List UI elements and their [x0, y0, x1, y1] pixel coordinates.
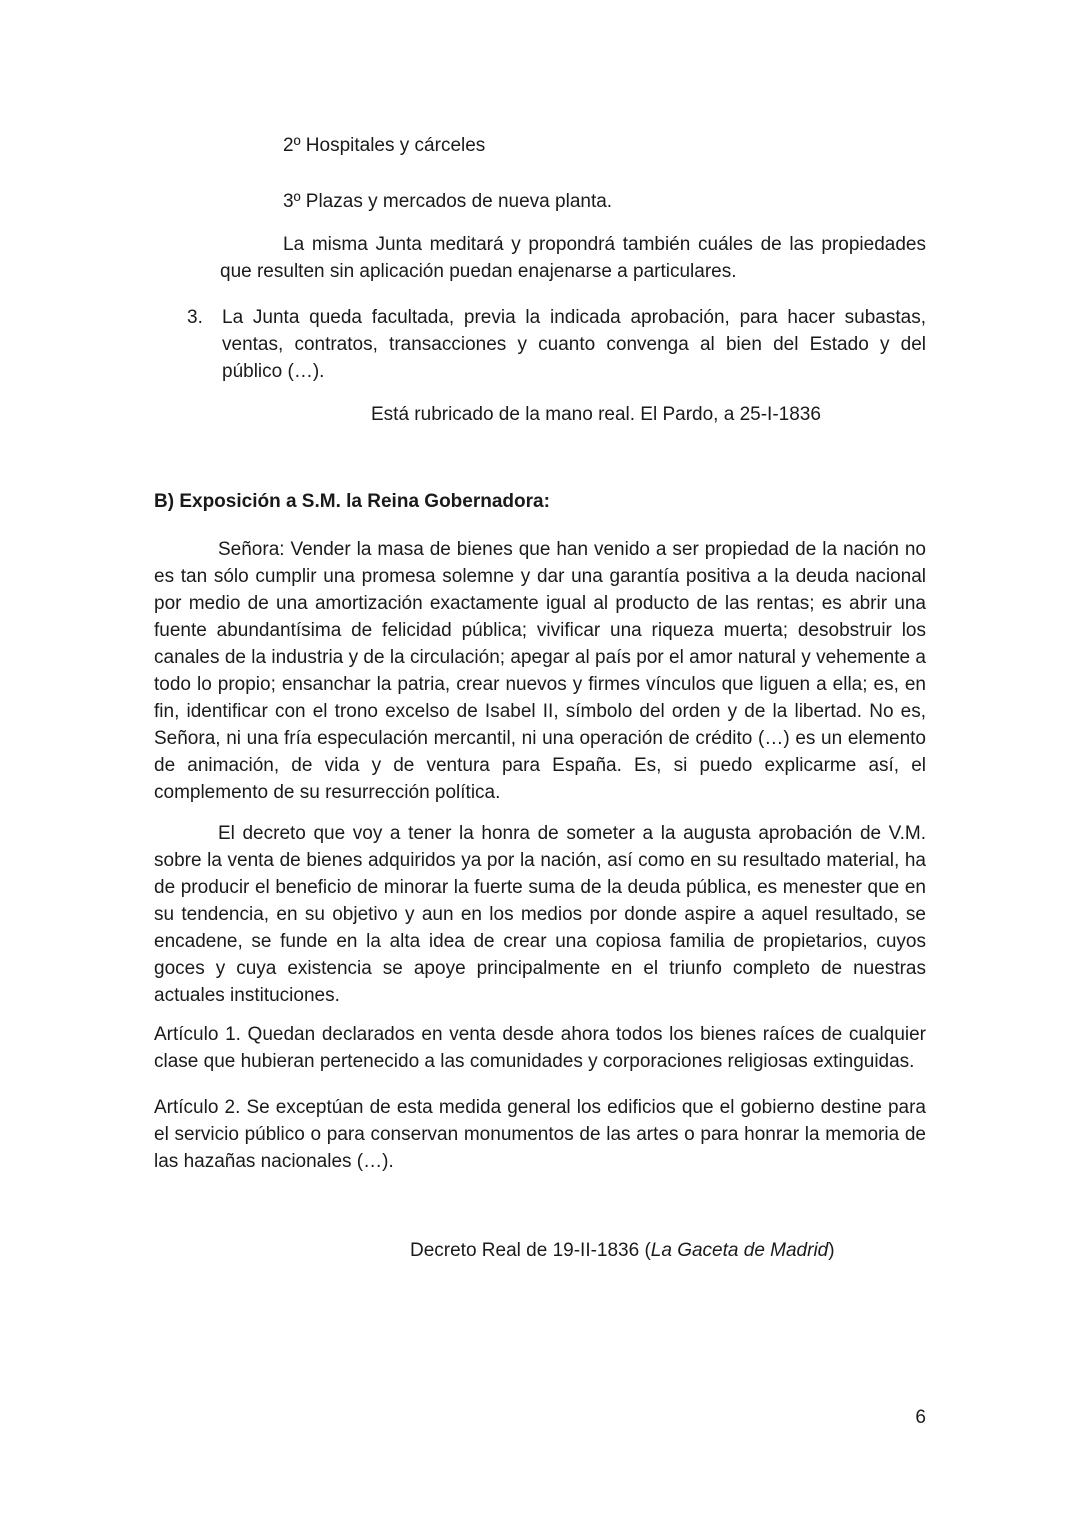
- exposition-paragraph-2: El decreto que voy a tener la honra de s…: [154, 820, 926, 1009]
- section-heading: B) Exposición a S.M. la Reina Gobernador…: [154, 488, 926, 515]
- list-item-number: 3.: [154, 304, 222, 331]
- junta-paragraph: La misma Junta meditará y propondrá tamb…: [220, 231, 926, 285]
- ordinal-item-3: 3º Plazas y mercados de nueva planta.: [283, 188, 926, 215]
- signature-line: Está rubricado de la mano real. El Pardo…: [371, 401, 926, 428]
- article-2-paragraph: Artículo 2. Se exceptúan de esta medida …: [154, 1094, 926, 1175]
- source-line: Decreto Real de 19-II-1836 (La Gaceta de…: [410, 1237, 926, 1264]
- ordinal-item-2: 2º Hospitales y cárceles: [283, 132, 926, 159]
- source-line-prefix: Decreto Real de 19-II-1836 (: [410, 1240, 651, 1261]
- article-1-paragraph: Artículo 1. Quedan declarados en venta d…: [154, 1021, 926, 1075]
- document-page: 2º Hospitales y cárceles 3º Plazas y mer…: [0, 0, 1080, 1527]
- source-line-suffix: ): [828, 1240, 834, 1261]
- source-line-title: La Gaceta de Madrid: [651, 1240, 828, 1261]
- numbered-list-item-3: 3. La Junta queda facultada, previa la i…: [154, 304, 926, 385]
- exposition-paragraph-1: Señora: Vender la masa de bienes que han…: [154, 536, 926, 806]
- page-number: 6: [915, 1404, 926, 1431]
- list-item-text: La Junta queda facultada, previa la indi…: [222, 304, 926, 385]
